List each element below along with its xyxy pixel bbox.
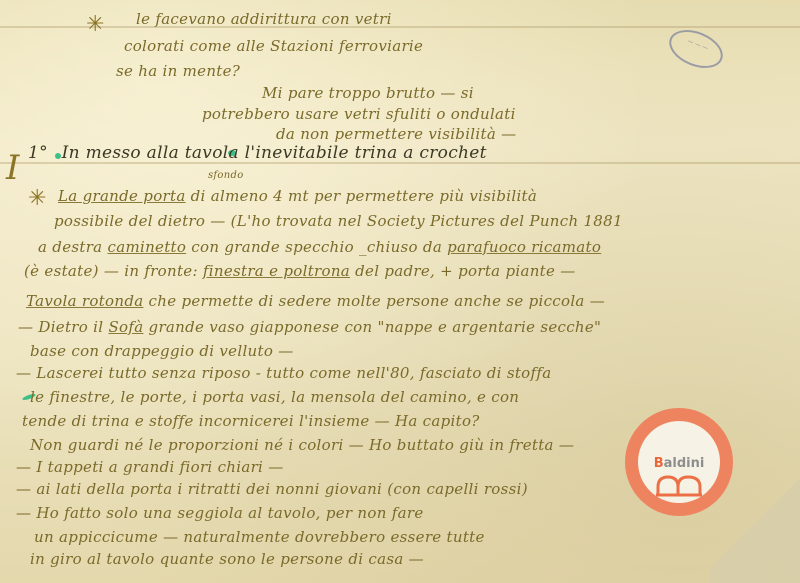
underlined-phrase: finestra e poltrona	[203, 262, 350, 280]
text-line: le finestre, le porte, i porta vasi, la …	[30, 388, 519, 406]
library-stamp: — — —	[664, 23, 729, 76]
phrase: grande vaso giapponese con "nappe e arge…	[149, 318, 602, 336]
text-line: base con drappeggio di velluto —	[30, 342, 294, 360]
open-book-icon	[656, 475, 702, 497]
paper-fold-line	[0, 26, 800, 28]
text-line: Mi pare troppo brutto — si	[262, 84, 474, 102]
text-line: Non guardi né le proporzioni né i colori…	[30, 436, 574, 454]
text-line: tende di trina e stoffe incornicerei l'i…	[22, 412, 480, 430]
logo-wordmark: Baldini	[638, 456, 720, 471]
asterisk-icon: ✳	[86, 12, 104, 37]
phrase: (è estate) — in fronte:	[24, 262, 198, 280]
phrase: del padre, + porta piante —	[355, 262, 575, 280]
phrase: — Dietro il	[18, 318, 103, 336]
underlined-phrase: Tavola rotonda	[26, 292, 143, 310]
stamp-text: — — —	[686, 37, 709, 52]
text-line: a destra caminetto con grande specchio _…	[38, 238, 601, 256]
text-line: — Ho fatto solo una seggiola al tavolo, …	[16, 504, 424, 522]
underlined-phrase: Sofà	[108, 318, 143, 336]
text-line: — I tappeti a grandi fiori chiari —	[16, 458, 284, 476]
heading-text: In messo alla tavola l'inevitabile trina…	[62, 143, 487, 163]
text-line-heading: 1° In messo alla tavola l'inevitabile tr…	[28, 143, 487, 163]
text-line: potrebbero usare vetri sfuliti o ondulat…	[202, 105, 516, 123]
underlined-phrase: La grande porta	[58, 187, 186, 205]
text-line: se ha in mente?	[116, 62, 240, 80]
logo-rest: aldini	[664, 456, 705, 471]
text-line: un appiccicume — naturalmente dovrebbero…	[34, 528, 485, 546]
text-line: da non permettere visibilità —	[276, 125, 516, 143]
text-line: — Dietro il Sofà grande vaso giapponese …	[18, 318, 601, 336]
section-marker: I	[6, 148, 19, 188]
asterisk-icon: ✳	[28, 186, 46, 211]
underlined-phrase: parafuoco ricamato	[447, 238, 601, 256]
phrase: con grande specchio _chiuso da	[191, 238, 442, 256]
text-line: — Lascerei tutto senza riposo - tutto co…	[16, 364, 551, 382]
document-page: ✳ le facevano addirittura con vetri colo…	[0, 0, 800, 583]
text-line: La grande porta di almeno 4 mt per perme…	[58, 187, 537, 205]
logo-initial: B	[654, 456, 664, 471]
item-number: 1°	[28, 143, 48, 163]
phrase: che permette di sedere molte persone anc…	[149, 292, 606, 310]
phrase: a destra	[38, 238, 102, 256]
annotation: sfondo	[208, 170, 244, 181]
text-line: in giro al tavolo quante sono le persone…	[30, 550, 424, 568]
text-line: possibile del dietro — (L'ho trovata nel…	[54, 212, 623, 230]
underlined-phrase: caminetto	[108, 238, 187, 256]
paper-corner	[710, 463, 800, 583]
text-line: Tavola rotonda che permette di sedere mo…	[26, 292, 605, 310]
text-line: — ai lati della porta i ritratti dei non…	[16, 480, 528, 498]
text-line: (è estate) — in fronte: finestra e poltr…	[24, 262, 576, 280]
text-line: le facevano addirittura con vetri	[136, 10, 392, 28]
phrase: di almeno 4 mt per permettere più visibi…	[191, 187, 537, 205]
text-line: colorati come alle Stazioni ferroviarie	[124, 37, 423, 55]
